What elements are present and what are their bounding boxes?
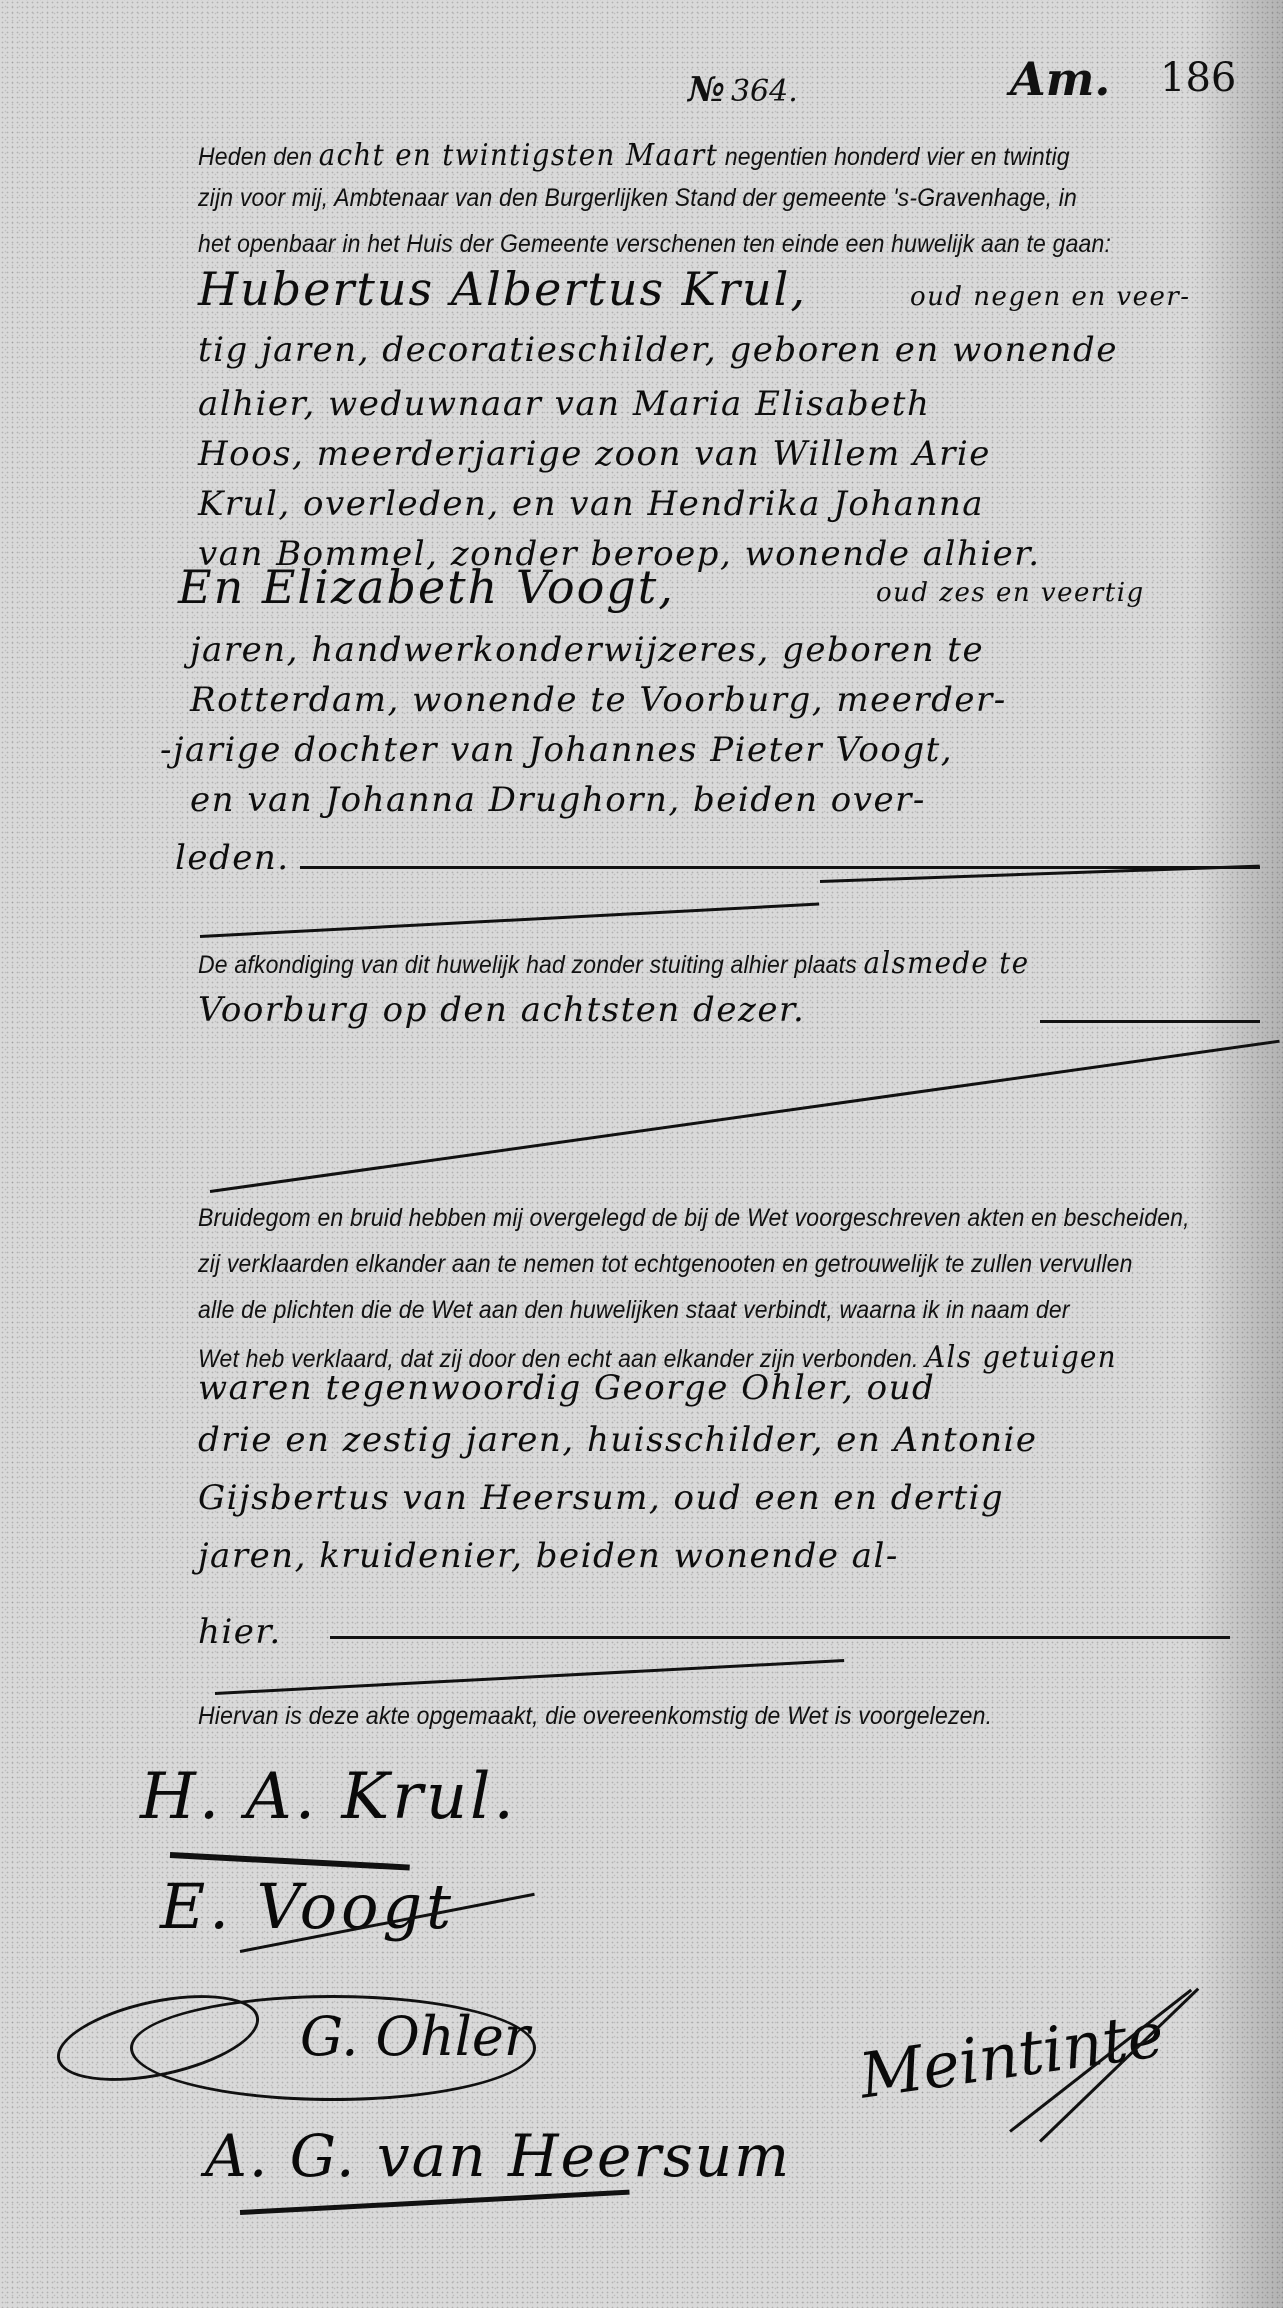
witness-intro: Als getuigen: [925, 1340, 1117, 1375]
fill-line: [200, 903, 819, 938]
signature-witness-2: A. G. van Heersum: [205, 2122, 791, 2190]
number-prefix: №: [688, 70, 725, 110]
register-mark: Am.: [1010, 52, 1110, 106]
opening-prefix: Heden den: [198, 143, 312, 171]
groom-line-1: tig jaren, decoratieschilder, geboren en…: [198, 330, 1118, 370]
record-number: №364.: [688, 70, 798, 110]
witness-line-3: Gijsbertus van Heersum, oud een en derti…: [198, 1478, 1004, 1518]
opening-year: negentien honderd vier en twintig: [725, 143, 1070, 171]
declaration-line-1: Bruidegom en bruid hebben mij overgelegd…: [198, 1204, 1190, 1233]
bride-prefix: En: [178, 560, 245, 614]
bride-line-1: jaren, handwerkonderwijzeres, geboren te: [190, 630, 984, 670]
bride-name-text: Elizabeth Voogt,: [262, 560, 675, 614]
opening-line-1: Heden den acht en twintigsten Maart nege…: [198, 138, 1070, 173]
closing-text: Hiervan is deze akte opgemaakt, die over…: [198, 1702, 992, 1731]
groom-name: Hubertus Albertus Krul,: [198, 262, 807, 316]
signature-bride: E. Voogt: [160, 1870, 455, 1943]
groom-line-0: oud negen en veer-: [910, 282, 1191, 312]
bride-line-4: en van Johanna Drughorn, beiden over-: [190, 780, 926, 820]
signature-registrar: Meintinte: [855, 1998, 1168, 2113]
witness-line-4: jaren, kruidenier, beiden wonende al-: [198, 1536, 899, 1576]
date-handwritten: acht en twintigsten Maart: [319, 138, 718, 173]
bride-line-3: -jarige dochter van Johannes Pieter Voog…: [160, 730, 953, 770]
bride-name: En Elizabeth Voogt,: [178, 560, 675, 614]
opening-line-3: het openbaar in het Huis der Gemeente ve…: [198, 230, 1111, 259]
signature-underline: [170, 1852, 410, 1871]
scan-edge-shadow: [1193, 0, 1283, 2308]
proclamation-line: De afkondiging van dit huwelijk had zond…: [198, 946, 1029, 981]
groom-line-3: Hoos, meerderjarige zoon van Willem Arie: [198, 434, 991, 474]
number-value: 364.: [731, 74, 798, 109]
bride-line-0: oud zes en veertig: [876, 578, 1145, 608]
fill-line: [210, 1040, 1280, 1193]
proclamation-printed: De afkondiging van dit huwelijk had zond…: [198, 951, 857, 979]
fill-line: [330, 1636, 1230, 1639]
witness-line-1: waren tegenwoordig George Ohler, oud: [198, 1368, 935, 1408]
signature-groom: H. A. Krul.: [140, 1760, 517, 1834]
declaration-line-2: zij verklaarden elkander aan te nemen to…: [198, 1250, 1133, 1279]
marriage-record-page: №364. Am. 186 Heden den acht en twintigs…: [0, 0, 1283, 2308]
signature-witness-1: G. Ohler: [300, 2005, 530, 2068]
groom-line-2: alhier, weduwnaar van Maria Elisabeth: [198, 384, 930, 424]
witness-line-5: hier.: [198, 1612, 282, 1652]
fill-line: [215, 1659, 844, 1695]
signature-underline: [240, 2190, 630, 2215]
bride-line-2: Rotterdam, wonende te Voorburg, meerder-: [190, 680, 1007, 720]
proclamation-handwritten-2: Voorburg op den achtsten dezer.: [198, 990, 805, 1030]
declaration-line-3: alle de plichten die de Wet aan den huwe…: [198, 1296, 1070, 1325]
folio-number: 186: [1160, 55, 1236, 101]
bride-line-5: leden.: [175, 838, 290, 878]
groom-line-4: Krul, overleden, en van Hendrika Johanna: [198, 484, 984, 524]
fill-line: [300, 866, 1260, 869]
witness-line-2: drie en zestig jaren, huisschilder, en A…: [198, 1420, 1038, 1460]
fill-line: [1040, 1020, 1260, 1023]
proclamation-handwritten-1: alsmede te: [864, 946, 1030, 981]
opening-line-2: zijn voor mij, Ambtenaar van den Burgerl…: [198, 184, 1077, 213]
